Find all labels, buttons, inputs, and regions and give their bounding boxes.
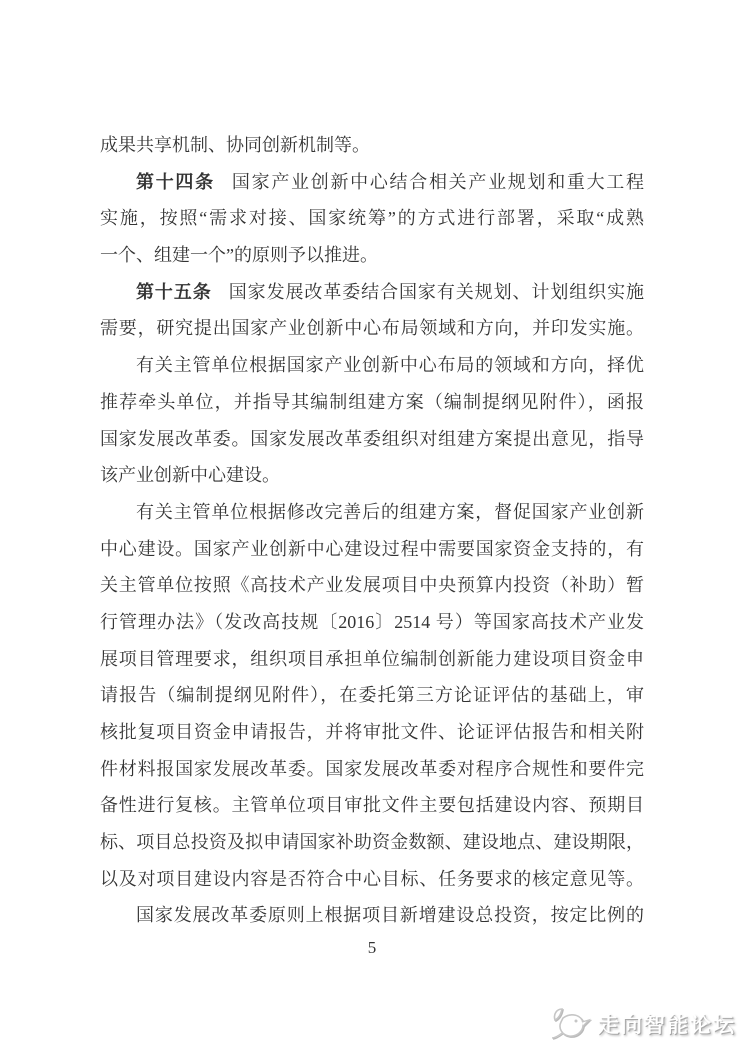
forum-logo-icon: [549, 1006, 591, 1042]
paragraph-line: 件材料报国家发展改革委。国家发展改革委对程序合规性和要件完: [100, 751, 644, 788]
paragraph-line: 请报告（编制提纲见附件），在委托第三方论证评估的基础上，审: [100, 677, 644, 714]
document-page: 成果共享机制、协同创新机制等。 第十四条国家产业创新中心结合相关产业规划和重大工…: [0, 0, 744, 1052]
paragraph-line: 有关主管单位根据修改完善后的组建方案，督促国家产业创新: [100, 494, 644, 531]
paragraph-line: 有关主管单位根据国家产业创新中心布局的领域和方向，择优: [100, 347, 644, 384]
paragraph-line: 标、项目总投资及拟申请国家补助资金数额、建设地点、建设期限，: [100, 824, 644, 861]
watermark-text: 走向智能论坛: [598, 1009, 736, 1039]
page-number: 5: [0, 938, 744, 958]
paragraph-line: 以及对项目建设内容是否符合中心目标、任务要求的核定意见等。: [100, 861, 644, 898]
text-block: 成果共享机制、协同创新机制等。 第十四条国家产业创新中心结合相关产业规划和重大工…: [0, 0, 744, 934]
paragraph-line: 行管理办法》（发改高技规〔2016〕2514 号）等国家高技术产业发: [100, 604, 644, 641]
paragraph-line: 国家发展改革委。国家发展改革委组织对组建方案提出意见，指导: [100, 421, 644, 458]
paragraph-line: 中心建设。国家产业创新中心建设过程中需要国家资金支持的，有: [100, 531, 644, 568]
paragraph-line: 关主管单位按照《高技术产业发展项目中央预算内投资（补助）暂: [100, 567, 644, 604]
paragraph-line: 备性进行复核。主管单位项目审批文件主要包括建设内容、预期目: [100, 787, 644, 824]
paragraph-line: 实施，按照“需求对接、国家统筹”的方式进行部署，采取“成熟: [100, 200, 644, 237]
article-number: 第十五条: [136, 282, 212, 302]
paragraph-line: 国家发展改革委原则上根据项目新增建设总投资，按定比例的: [100, 897, 644, 934]
paragraph-text: 国家发展改革委结合国家有关规划、计划组织实施: [229, 282, 644, 302]
paragraph-line: 一个、组建一个”的原则予以推进。: [100, 237, 644, 274]
paragraph-line: 展项目管理要求，组织项目承担单位编制创新能力建设项目资金申: [100, 641, 644, 678]
watermark: 走向智能论坛: [549, 1006, 736, 1042]
paragraph-line: 成果共享机制、协同创新机制等。: [100, 127, 644, 164]
paragraph-line: 核批复项目资金申请报告，并将审批文件、论证评估报告和相关附: [100, 714, 644, 751]
paragraph-line: 推荐牵头单位，并指导其编制组建方案（编制提纲见附件），函报: [100, 384, 644, 421]
paragraph-line: 需要，研究提出国家产业创新中心布局领域和方向，并印发实施。: [100, 310, 644, 347]
article-number: 第十四条: [136, 172, 215, 192]
paragraph-line: 该产业创新中心建设。: [100, 457, 644, 494]
paragraph-line: 第十四条国家产业创新中心结合相关产业规划和重大工程: [100, 164, 644, 201]
paragraph-text: 国家产业创新中心结合相关产业规划和重大工程: [232, 172, 644, 192]
paragraph-line: 第十五条国家发展改革委结合国家有关规划、计划组织实施: [100, 274, 644, 311]
